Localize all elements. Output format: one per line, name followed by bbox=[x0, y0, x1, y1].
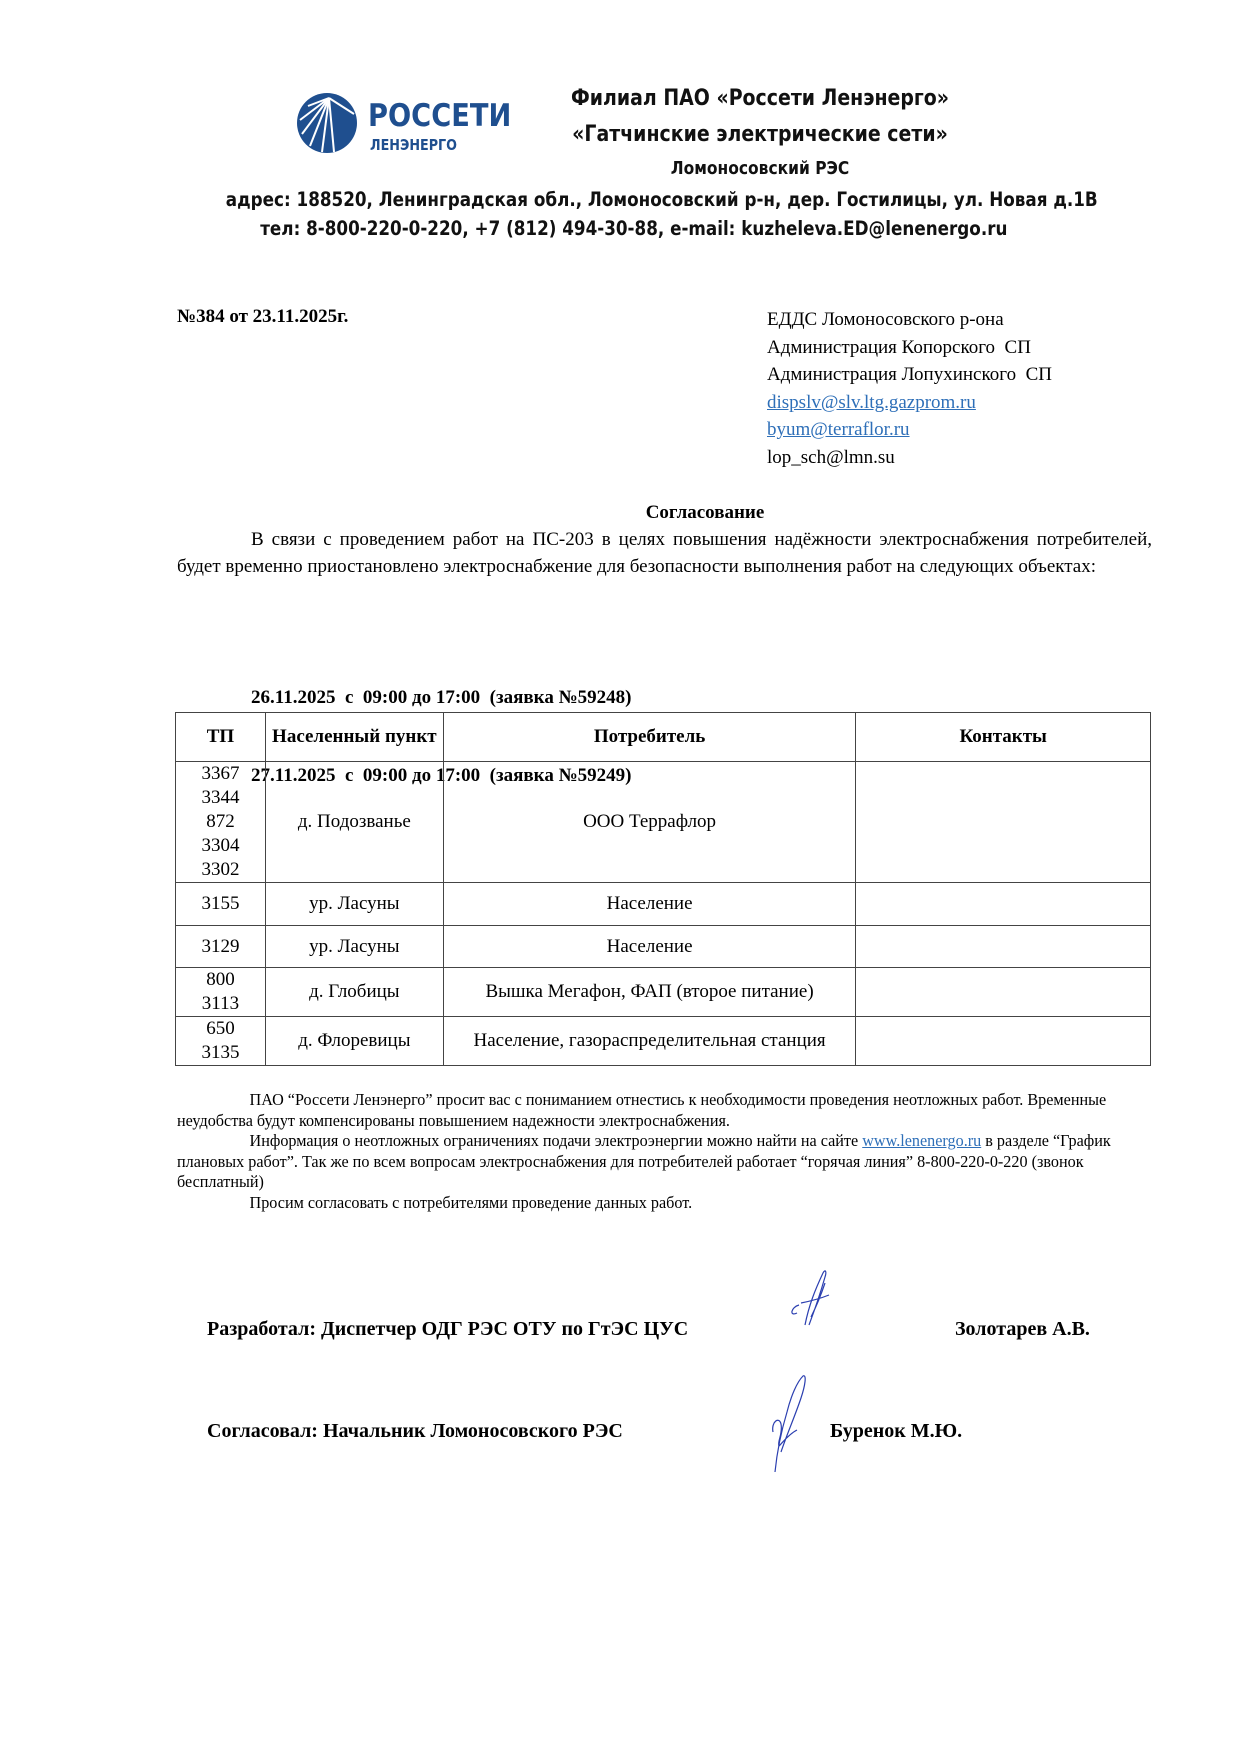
cell-locality: д. Глобицы bbox=[265, 968, 443, 1017]
letter-number-date: №384 от 23.11.2025г. bbox=[177, 306, 348, 328]
website-link[interactable]: www.lenenergo.ru bbox=[862, 1131, 981, 1150]
column-header-consumer: Потребитель bbox=[443, 713, 856, 762]
cell-contacts bbox=[856, 762, 1151, 883]
signature-icon bbox=[785, 1265, 845, 1340]
recipient: ЕДДС Ломоносовского р-она bbox=[767, 306, 1052, 334]
recipient: Администрация Лопухинского СП bbox=[767, 361, 1052, 389]
developed-by-name: Золотарев А.В. bbox=[955, 1318, 1090, 1341]
cell-consumer: Население bbox=[443, 883, 856, 926]
table-row: 3155ур. ЛасуныНаселение bbox=[176, 883, 1151, 926]
cell-locality: ур. Ласуны bbox=[265, 926, 443, 968]
cell-tp: 3155 bbox=[176, 883, 266, 926]
org-contacts: тел: 8-800-220-0-220, +7 (812) 494-30-88… bbox=[260, 217, 1000, 240]
table-header-row: ТП Населенный пункт Потребитель Контакты bbox=[176, 713, 1151, 762]
table-row: 3129ур. ЛасуныНаселение bbox=[176, 926, 1151, 968]
company-logo: РОССЕТИ ЛЕНЭНЕРГО bbox=[296, 92, 496, 164]
recipient-email: lop_sch@lmn.su bbox=[767, 444, 1052, 472]
outage-objects-table: ТП Населенный пункт Потребитель Контакты… bbox=[175, 712, 1151, 1066]
cell-locality: д. Флоревицы bbox=[265, 1017, 443, 1066]
notice-paragraph: ПАО “Россети Ленэнерго” просит вас с пон… bbox=[177, 1090, 1116, 1131]
cell-consumer: ООО Террафлор bbox=[443, 762, 856, 883]
cell-locality: д. Подозванье bbox=[265, 762, 443, 883]
document-title: Согласование bbox=[0, 502, 1240, 524]
cell-tp: 3367334487233043302 bbox=[176, 762, 266, 883]
cell-contacts bbox=[856, 1017, 1151, 1066]
intro-paragraph: В связи с проведением работ на ПС-203 в … bbox=[177, 526, 1152, 580]
cell-tp: 3129 bbox=[176, 926, 266, 968]
developed-by-label: Разработал: Диспетчер ОДГ РЭС ОТУ по ГтЭ… bbox=[207, 1318, 688, 1341]
intro-text: В связи с проведением работ на ПС-203 в … bbox=[177, 529, 1152, 577]
cell-locality: ур. Ласуны bbox=[265, 883, 443, 926]
table-body: 3367334487233043302д. ПодозваньеООО Терр… bbox=[176, 762, 1151, 1066]
approved-by-name: Буренок М.Ю. bbox=[830, 1420, 962, 1443]
table-row: 3367334487233043302д. ПодозваньеООО Терр… bbox=[176, 762, 1151, 883]
notice-block: ПАО “Россети Ленэнерго” просит вас с пон… bbox=[177, 1090, 1116, 1213]
recipient: Администрация Копорского СП bbox=[767, 334, 1052, 362]
logo-sub-text: ЛЕНЭНЕРГО bbox=[370, 136, 457, 154]
signature-icon bbox=[765, 1372, 815, 1477]
org-name: Филиал ПАО «Россети Ленэнерго» bbox=[519, 86, 1001, 111]
rosseti-emblem-icon bbox=[296, 92, 358, 154]
district-name: Ломоносовский РЭС bbox=[588, 158, 932, 179]
branch-name: «Гатчинские электрические сети» bbox=[519, 122, 1001, 147]
approved-by-label: Согласовал: Начальник Ломоносовского РЭС bbox=[207, 1420, 623, 1443]
cell-consumer: Население bbox=[443, 926, 856, 968]
column-header-tp: ТП bbox=[176, 713, 266, 762]
logo-brand-text: РОССЕТИ bbox=[368, 98, 511, 134]
table-row: 6503135д. ФлоревицыНаселение, газораспре… bbox=[176, 1017, 1151, 1066]
org-address: адрес: 188520, Ленинградская обл., Ломон… bbox=[226, 188, 1034, 211]
recipient-email-link[interactable]: dispslv@slv.ltg.gazprom.ru bbox=[767, 389, 1052, 417]
cell-tp: 6503135 bbox=[176, 1017, 266, 1066]
cell-contacts bbox=[856, 968, 1151, 1017]
schedule-item: 26.11.2025 с 09:00 до 17:00 (заявка №592… bbox=[251, 685, 631, 711]
recipient-email-link[interactable]: byum@terraflor.ru bbox=[767, 416, 1052, 444]
notice-paragraph: Просим согласовать с потребителями прове… bbox=[177, 1193, 1116, 1214]
cell-tp: 8003113 bbox=[176, 968, 266, 1017]
recipients-list: ЕДДС Ломоносовского р-она Администрация … bbox=[767, 306, 1052, 471]
table-row: 8003113д. ГлобицыВышка Мегафон, ФАП (вто… bbox=[176, 968, 1151, 1017]
cell-contacts bbox=[856, 926, 1151, 968]
notice-paragraph: Информация о неотложных ограничениях под… bbox=[177, 1131, 1116, 1193]
cell-contacts bbox=[856, 883, 1151, 926]
cell-consumer: Вышка Мегафон, ФАП (второе питание) bbox=[443, 968, 856, 1017]
column-header-locality: Населенный пункт bbox=[265, 713, 443, 762]
column-header-contacts: Контакты bbox=[856, 713, 1151, 762]
cell-consumer: Население, газораспределительная станция bbox=[443, 1017, 856, 1066]
